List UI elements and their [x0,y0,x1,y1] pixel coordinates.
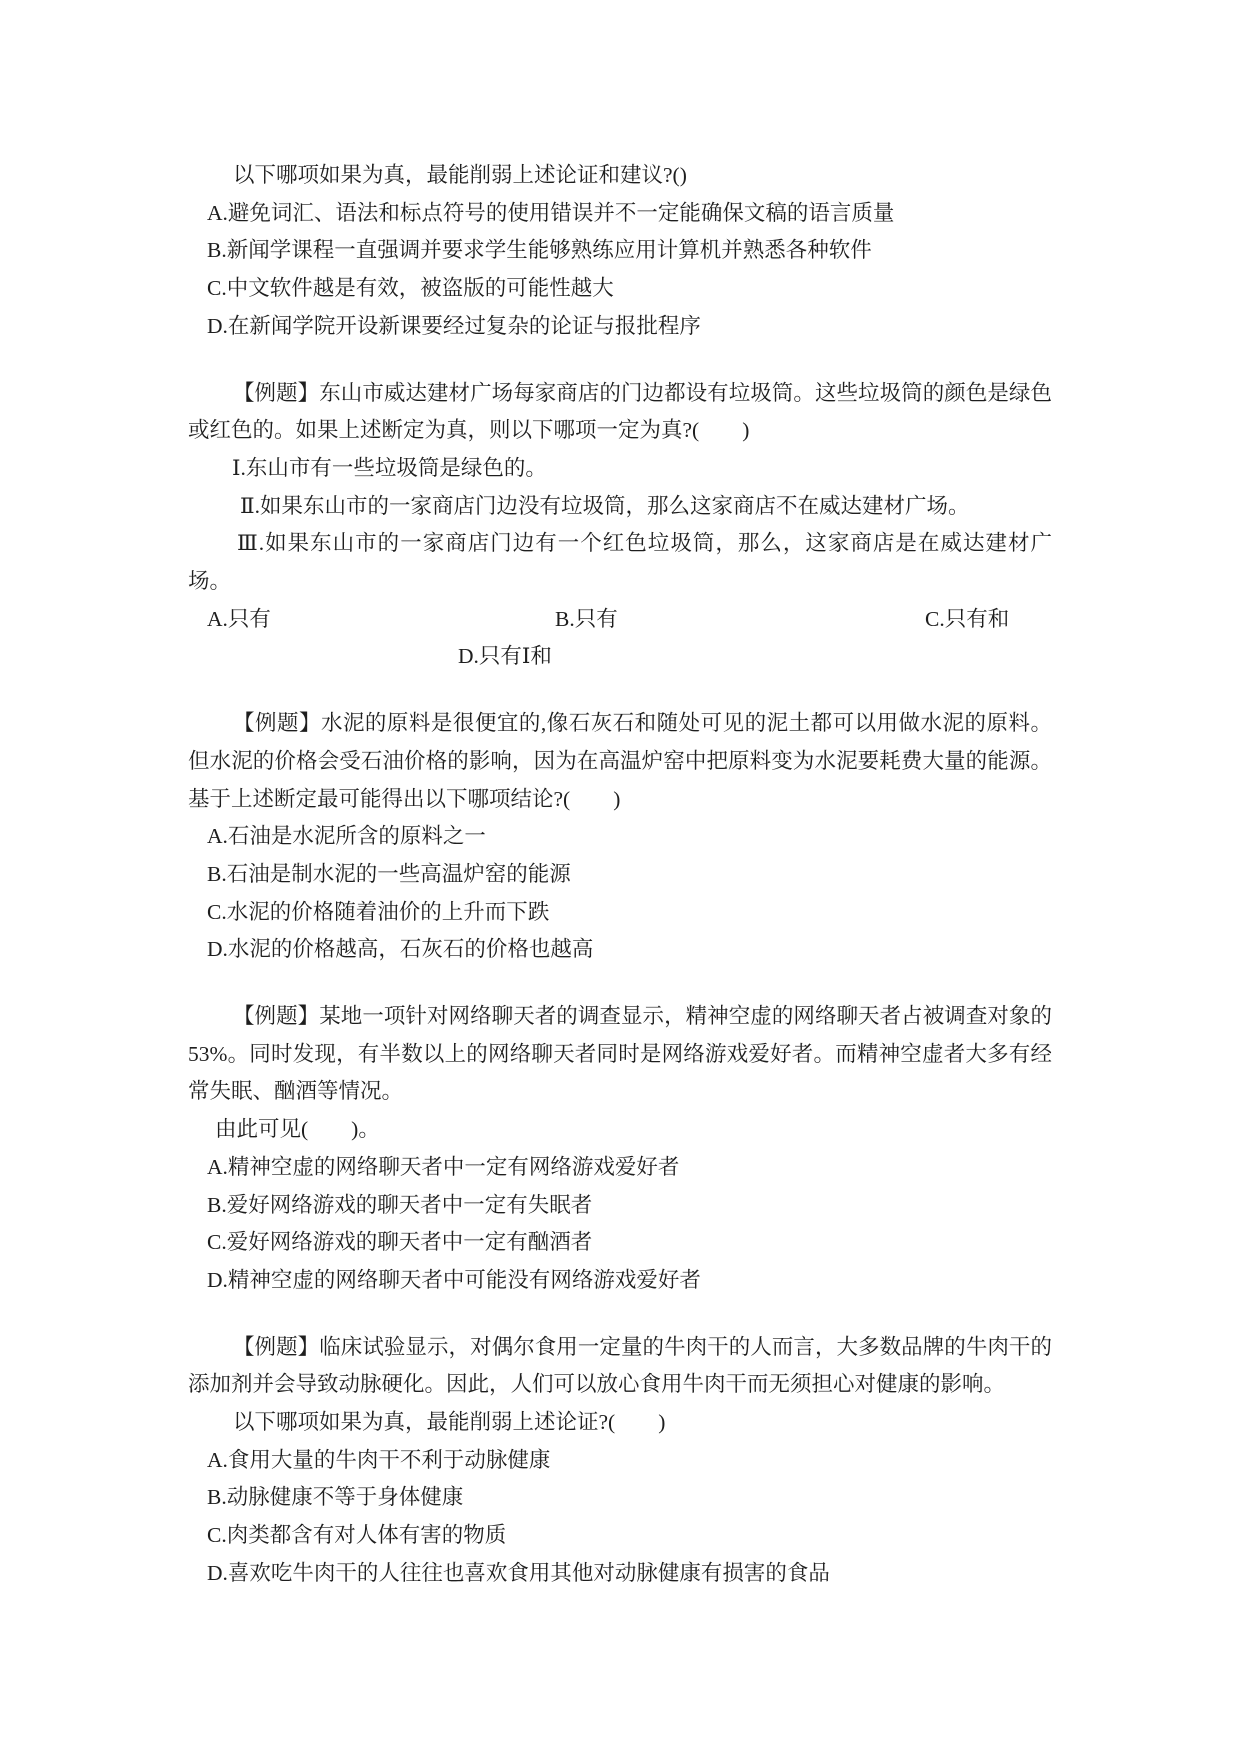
text-line: 或红色的。如果上述断定为真，则以下哪项一定为真?( ) [188,412,1052,450]
question-block: 【例题】水泥的原料是很便宜的,像石灰石和随处可见的泥土都可以用做水泥的原料。但水… [188,705,1052,969]
text-line: D.喜欢吃牛肉干的人往往也喜欢食用其他对动脉健康有损害的食品 [188,1555,1052,1593]
options-row: A.只有B.只有C.只有和 [188,601,1052,639]
question-block: 【例题】临床试验显示，对偶尔食用一定量的牛肉干的人而言，大多数品牌的牛肉干的添加… [188,1329,1052,1593]
text-line: Ⅰ.东山市有一些垃圾筒是绿色的。 [188,450,1052,488]
text-line: 以下哪项如果为真，最能削弱上述论证?( ) [188,1404,1052,1442]
text-line: B.石油是制水泥的一些高温炉窑的能源 [188,856,1052,894]
text-line: C.水泥的价格随着油价的上升而下跌 [188,894,1052,932]
text-line: C.肉类都含有对人体有害的物质 [188,1517,1052,1555]
text-line: A.石油是水泥所含的原料之一 [188,818,1052,856]
text-line: D.精神空虚的网络聊天者中可能没有网络游戏爱好者 [188,1262,1052,1300]
text-line: B.爱好网络游戏的聊天者中一定有失眠者 [188,1187,1052,1225]
text-line: B.动脉健康不等于身体健康 [188,1479,1052,1517]
text-line: 【例题】临床试验显示，对偶尔食用一定量的牛肉干的人而言，大多数品牌的牛肉干的 [188,1329,1052,1367]
text-line: C.中文软件越是有效，被盗版的可能性越大 [188,270,1052,308]
text-line: 【例题】水泥的原料是很便宜的,像石灰石和随处可见的泥土都可以用做水泥的原料。 [188,705,1052,743]
text-line: 由此可见( )。 [188,1111,1052,1149]
text-line: 53%。同时发现，有半数以上的网络聊天者同时是网络游戏爱好者。而精神空虚者大多有… [188,1036,1052,1074]
text-line: B.新闻学课程一直强调并要求学生能够熟练应用计算机并熟悉各种软件 [188,232,1052,270]
question-block: 【例题】东山市威达建材广场每家商店的门边都设有垃圾筒。这些垃圾筒的颜色是绿色或红… [188,375,1052,677]
text-line: A.精神空虚的网络聊天者中一定有网络游戏爱好者 [188,1149,1052,1187]
question-block: 以下哪项如果为真，最能削弱上述论证和建议?()A.避免词汇、语法和标点符号的使用… [188,157,1052,346]
text-line: 【例题】东山市威达建材广场每家商店的门边都设有垃圾筒。这些垃圾筒的颜色是绿色 [188,375,1052,413]
document-page: 以下哪项如果为真，最能削弱上述论证和建议?()A.避免词汇、语法和标点符号的使用… [0,0,1241,1754]
page-content: 以下哪项如果为真，最能削弱上述论证和建议?()A.避免词汇、语法和标点符号的使用… [188,157,1052,1593]
text-line: 场。 [188,563,1052,601]
text-line: A.食用大量的牛肉干不利于动脉健康 [188,1442,1052,1480]
text-line: D.水泥的价格越高，石灰石的价格也越高 [188,931,1052,969]
text-line: 常失眠、酗酒等情况。 [188,1073,1052,1111]
text-line: Ⅲ.如果东山市的一家商店门边有一个红色垃圾筒，那么，这家商店是在威达建材广 [188,525,1052,563]
text-line: 但水泥的价格会受石油价格的影响，因为在高温炉窑中把原料变为水泥要耗费大量的能源。 [188,743,1052,781]
question-block: 【例题】某地一项针对网络聊天者的调查显示，精神空虚的网络聊天者占被调查对象的53… [188,998,1052,1300]
option-item: B.只有 [555,601,618,639]
option-item: A.只有 [207,601,271,639]
text-line: 【例题】某地一项针对网络聊天者的调查显示，精神空虚的网络聊天者占被调查对象的 [188,998,1052,1036]
text-line: Ⅱ.如果东山市的一家商店门边没有垃圾筒，那么这家商店不在威达建材广场。 [188,488,1052,526]
text-line: 添加剂并会导致动脉硬化。因此，人们可以放心食用牛肉干而无须担心对健康的影响。 [188,1366,1052,1404]
text-line: C.爱好网络游戏的聊天者中一定有酗酒者 [188,1224,1052,1262]
text-line: D.只有Ⅰ和 [188,638,1052,676]
text-line: 以下哪项如果为真，最能削弱上述论证和建议?() [188,157,1052,195]
text-line: A.避免词汇、语法和标点符号的使用错误并不一定能确保文稿的语言质量 [188,195,1052,233]
text-line: 基于上述断定最可能得出以下哪项结论?( ) [188,781,1052,819]
text-line: D.在新闻学院开设新课要经过复杂的论证与报批程序 [188,308,1052,346]
option-item: C.只有和 [925,601,1009,639]
